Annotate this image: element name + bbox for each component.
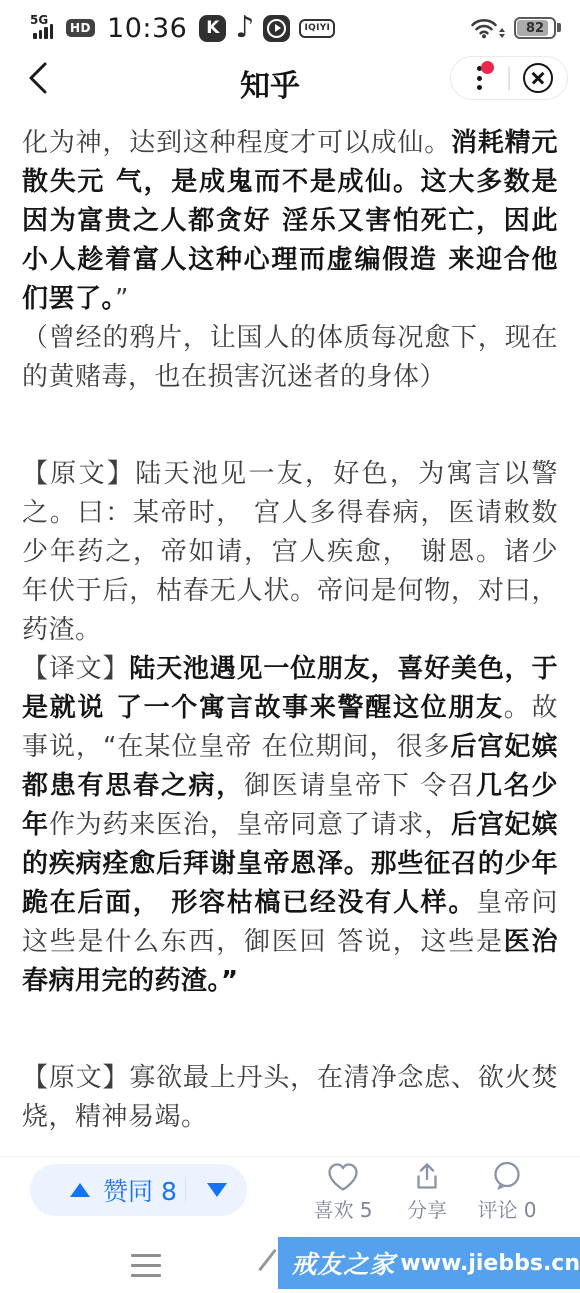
article-content: 化为神，达到这种程度才可以成仙。消耗精元散失元 气，是成鬼而不是成仙。这大多数是… <box>0 108 580 1156</box>
paragraph: 【原文】寡欲最上丹头，在清净念虑、欲火焚烧，精神易竭。 <box>22 1059 558 1137</box>
body-text: ” <box>115 284 129 314</box>
video-play-icon <box>263 15 290 42</box>
cell-signal-icon: 5G <box>30 15 57 41</box>
signal-bars-icon <box>33 24 53 39</box>
notification-red-dot <box>481 61 494 74</box>
body-text: 【原文】陆天池见一友，好色，为寓言以警之。曰：某帝时， 宫人多得春病，医请敕数少… <box>22 459 558 645</box>
body-text: 【译文】 <box>22 654 129 684</box>
more-menu-button[interactable] <box>451 66 508 90</box>
share-button[interactable]: 分享 <box>381 1160 473 1223</box>
watermark-site-url: www.jiebbs.cn <box>400 1251 580 1276</box>
status-left-group: 5G HD 10:36 K IQIYI <box>30 13 335 44</box>
body-text: 【原文】寡欲最上丹头，在清净念虑、欲火焚烧，精神易竭。 <box>22 1063 558 1132</box>
wifi-icon <box>470 17 505 39</box>
wifi-traffic-arrows-icon <box>499 28 505 38</box>
iqiyi-icon: IQIYI <box>299 19 335 38</box>
paragraph: 【原文】陆天池见一友，好色，为寓言以警之。曰：某帝时， 宫人多得春病，医请敕数少… <box>22 455 558 650</box>
share-icon <box>409 1160 445 1193</box>
nav-bar: 知乎 <box>0 48 580 108</box>
kwai-icon: K <box>199 15 226 42</box>
status-bar: 5G HD 10:36 K IQIYI 82 <box>0 0 580 48</box>
comment-label: 评论 0 <box>461 1194 553 1223</box>
status-right-group: 82 <box>470 17 556 39</box>
watermark-banner: 戒友之家 www.jiebbs.cn <box>278 1237 580 1289</box>
recents-menu-button[interactable] <box>131 1254 161 1277</box>
action-bar: 赞同 8 喜欢 5 分享 评论 0 <box>0 1156 580 1240</box>
comment-button[interactable]: 评论 0 <box>461 1160 553 1223</box>
upvote-icon[interactable] <box>70 1183 90 1197</box>
vote-divider <box>185 1177 187 1203</box>
chevron-left-icon <box>31 64 45 92</box>
upvote-button[interactable]: 赞同 8 <box>103 1172 177 1208</box>
paragraph: （曾经的鸦片，让国人的体质每况愈下，现在的黄赌毒，也在损害沉迷者的身体） <box>22 319 558 397</box>
share-label: 分享 <box>381 1194 473 1223</box>
page-title: 知乎 <box>120 61 420 105</box>
body-text: 御医请皇帝下 令召 <box>244 771 476 801</box>
battery-icon: 82 <box>514 17 556 39</box>
battery-percent: 82 <box>516 21 554 36</box>
comment-bubble-icon <box>489 1160 525 1193</box>
close-button[interactable] <box>510 63 567 93</box>
paragraph: 化为神，达到这种程度才可以成仙。消耗精元散失元 气，是成鬼而不是成仙。这大多数是… <box>22 124 558 319</box>
paragraph: 【译文】陆天池遇见一位朋友，喜好美色，于是就说 了一个寓言故事来警醒这位朋友。故… <box>22 650 558 1001</box>
browser-capsule <box>450 56 568 100</box>
hd-volte-icon: HD <box>66 19 95 37</box>
body-text: （曾经的鸦片，让国人的体质每况愈下，现在的黄赌毒，也在损害沉迷者的身体） <box>22 323 558 392</box>
like-label: 喜欢 5 <box>297 1194 389 1223</box>
douyin-icon <box>235 13 254 43</box>
vote-pill: 赞同 8 <box>30 1164 247 1216</box>
watermark-site-name: 戒友之家 <box>291 1245 395 1281</box>
status-time: 10:36 <box>107 13 187 44</box>
back-button[interactable] <box>24 60 56 96</box>
close-icon <box>523 63 553 93</box>
downvote-button[interactable] <box>207 1183 227 1197</box>
like-button[interactable]: 喜欢 5 <box>297 1160 389 1223</box>
heart-icon <box>325 1160 361 1193</box>
body-text: 作为药来医治，皇帝同意了请求， <box>49 810 451 840</box>
body-text: 化为神，达到这种程度才可以成仙。 <box>22 128 451 158</box>
